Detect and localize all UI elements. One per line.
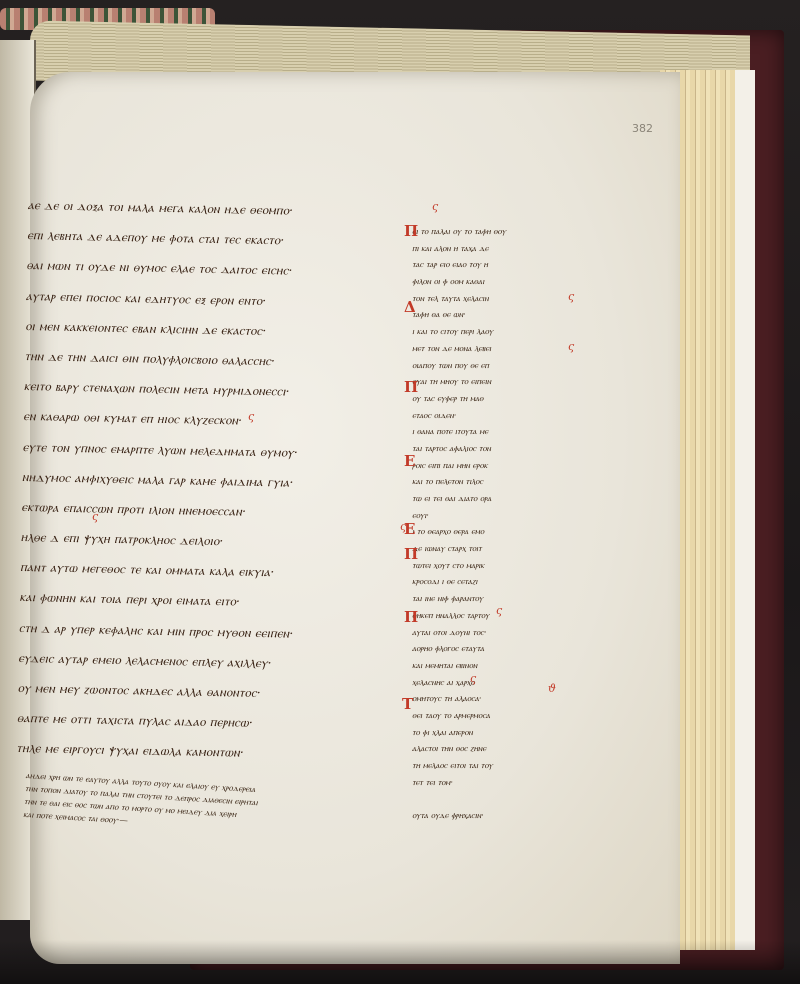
commentary-line: ⲓ ⲑⲁⲛⲁ ⲡⲟⲧⲉ ⲓⲧⲟⲩⲧⲁ ⲙⲉ (412, 424, 592, 441)
commentary-line: ⲫⲓⲗⲟⲛ ⲟⲓ ⲫ ⲟⲟⲙ ⲕⲁⲑⲁⲓ (412, 274, 592, 291)
rubric-number: ς (92, 510, 98, 523)
commentary-line: ⲧⲉⲧ ⲧⲉⲓ ⲧⲟⲙ· (412, 775, 592, 792)
commentary-line: ⲟⲙⲏⲧⲟⲩⲥ ⲧⲏ ⲁⲗⲁⲟⲥⲁ· (412, 691, 592, 708)
commentary-line: ⲧⲟⲛ ⲧⲉⲗ ⲧⲁⲩⲧⲁ ⲭⲉⲗⲁⲥⲓⲛ (412, 291, 592, 308)
commentary-line: ⲧⲁⲫⲏ ⲑⲁ ⲑⲉ ⲱⲛ· (412, 307, 592, 324)
red-initial: Π (404, 608, 418, 626)
commentary-line: ⲉⲧⲁⲟⲥ ⲟⲓⲇⲉⲛ· (412, 408, 592, 425)
commentary-line: ⲧⲱ ⲉⲓ ⲧⲉⲓ ⲑⲁⲓ ⲇⲓⲁⲧⲟ ⲟⲣⲁ (412, 491, 592, 508)
commentary-line: ⲓ ⲕⲁⲓ ⲧⲟ ⲥⲓⲧⲟⲩ ⲡⲉⲣⲓ ⲗⲁⲟⲩ (412, 324, 592, 341)
commentary-line: ⲁⲗⲁⲥⲧⲟⲓ ⲧⲏⲛ ⲑⲟⲥ ⲍⲏⲛⲉ (412, 741, 592, 758)
rubric-number: ς (248, 410, 254, 423)
rubric-number: ς (470, 672, 476, 685)
rubric-number: ϑ (548, 682, 556, 695)
red-initial: Τ (402, 695, 413, 713)
rubric-number: ς (496, 604, 502, 617)
commentary-line: ⲣⲟⲓⲥ ⲉⲓⲡⲓ ⲡⲁⲓ ⲙⲏⲛ ⲉⲣⲟⲕ (412, 458, 592, 475)
red-initial: Π (404, 545, 418, 563)
commentary-line: ⲧⲁⲥ ⲧⲁⲣ ⲉⲓⲟ ⲉⲓⲁⲟ ⲧⲟⲩ ⲏ (412, 257, 592, 274)
red-initial: Δ (404, 298, 416, 316)
commentary-line: ⲟⲓⲁⲡⲟⲩ ⲧⲱⲛ ⲡⲟⲩ ⲑⲉ ⲉⲡ (412, 358, 592, 375)
red-initial: Π (404, 378, 418, 396)
commentary-line: ⲓ ⲧⲟ ⲑⲉⲁⲣⲭⲟ ⲑⲉⲣⲁ ⲉⲙⲟ (412, 524, 592, 541)
commentary-line: ⲉⲟⲩⲓ· (412, 508, 592, 525)
commentary-line: ⲧⲱⲧⲉⲓ ⲭⲟⲩⲧ ⲥⲧⲟ ⲙⲁⲣⲓⲕ (412, 558, 592, 575)
white-flyleaf (735, 70, 755, 950)
commentary-line: ⲧⲏ ⲙⲉⲗⲁⲟⲥ ⲉⲓⲧⲟⲓ ⲧⲁⲓ ⲧⲟⲩ (412, 758, 592, 775)
commentary-line: ⲕⲣⲟⲥⲟⲇⲓ ⲓ ⲑⲉ ⲥⲉⲧⲁⲍⲓ (412, 574, 592, 591)
red-initial: Π (404, 222, 418, 240)
commentary-line: ⲑⲉⲓ ⲧⲁⲟⲩ ⲧⲟ ⲁⲣⲙⲉⲣⲙⲟⲥⲁ (412, 708, 592, 725)
commentary-line: ⲡⲓ ⲕⲁⲓ ⲁⲗⲟⲛ ⲏ ⲧⲁⲭⲁ ⲇⲉ (412, 241, 592, 258)
commentary-column: ⲉⲓ ⲧⲟ ⲡⲁⲗⲁⲓ ⲟⲩ ⲧⲟ ⲧⲁⲫⲏ ⲑⲟⲩⲡⲓ ⲕⲁⲓ ⲁⲗⲟⲛ ⲏ … (412, 224, 592, 825)
commentary-line: ⲧⲟ ⲫⲓ ⲭⲗⲁⲓ ⲁⲡⲉⲣⲟⲛ (412, 725, 592, 742)
commentary-line: ⲕⲁⲓ ⲧⲟ ⲡⲉⲗⲉⲧⲟⲛ ⲧⲓⲗⲟⲥ (412, 474, 592, 491)
red-initial: Ε (404, 452, 415, 470)
commentary-line: ⲉⲓ ⲧⲟ ⲡⲁⲗⲁⲓ ⲟⲩ ⲧⲟ ⲧⲁⲫⲏ ⲑⲟⲩ (412, 224, 592, 241)
commentary-line: ⲭⲉⲗⲁⲥⲛⲏⲥ ⲁⲓ ⲭⲁⲣⲭⲟ (412, 675, 592, 692)
rubric-number: ς (568, 290, 574, 303)
rubric-number: ς (400, 520, 406, 533)
commentary-line: ⲁⲟⲣⲏⲟ ⲫⲗⲟⲅⲟⲥ ⲉⲧⲁⲩⲧⲁ (412, 641, 592, 658)
folio-number: 382 (632, 122, 653, 135)
bottom-shadow (0, 940, 800, 984)
rubric-number: ς (568, 340, 574, 353)
commentary-line: ⲧⲁⲓ ⲧⲁⲣⲧⲟⲥ ⲁⲫⲁⲗⲓⲟⲥ ⲧⲟⲛ (412, 441, 592, 458)
commentary-line: ⲟⲩ ⲧⲁⲥ ⲉⲩⲫⲉⲣ ⲧⲏ ⲙⲁⲑ (412, 391, 592, 408)
commentary-line: ⲟⲩⲁⲓ ⲧⲏ ⲙⲏⲟⲩ ⲧⲟ ⲉⲓⲡⲉⲓⲛ (412, 374, 592, 391)
main-text-block: ⲁⲉ ⲇⲉ ⲟⲓ ⲇⲟⲝⲁ ⲧⲟⲓ ⲙⲁⲗⲁ ⲙⲉⲅⲁ ⲕⲁⲗⲟⲛ ⲏⲇⲉ ⲑⲉ… (16, 190, 418, 772)
commentary-line: ⲇⲉ ⲓⲱⲛⲁⲩ ⲥⲧⲁⲣⲭ ⲧⲟⲓⲧ (412, 541, 592, 558)
commentary-line: ⲁⲩⲧⲁⲓ ⲟⲧⲟⲓ ⲇⲟⲩⲛⲓ ⲧⲟⲥ· (412, 625, 592, 642)
commentary-line: ⲕⲁⲓ ⲙⲉⲙⲏⲧⲁⲓ ⲉⲃⲓⲛⲟⲛ (412, 658, 592, 675)
commentary-line: ⲙⲉⲧ ⲧⲟⲛ ⲇⲉ ⲙⲟⲛⲁ ⲗⲉⲃⲉⲓ (412, 341, 592, 358)
rubric-number: ς (432, 200, 438, 213)
